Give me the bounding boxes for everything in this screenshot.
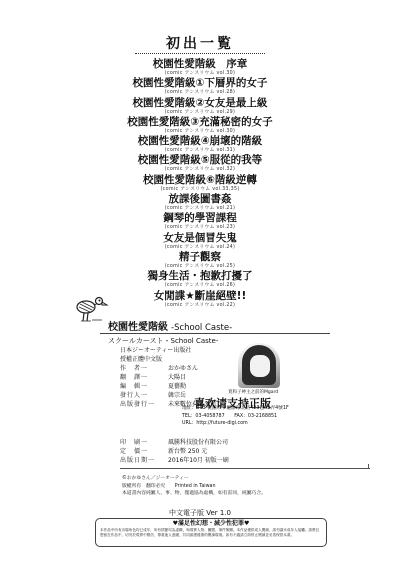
print-row: 定 價一新台幣 250 元 <box>120 447 229 456</box>
toc-item-title: 校園性愛階級 序章 <box>0 58 400 70</box>
publisher-contact: 地址：333 桃園市中壢區環北路423巷42弄4號1F TEL：03-40587… <box>182 405 289 428</box>
toc-item-title: 校園性愛階級④崩壞的階級 <box>0 135 400 147</box>
toc-item: 精子觀察(comic アンスリウム vol.25) <box>0 251 400 270</box>
colophon-divider-tick <box>368 464 369 468</box>
toc-item-title: 放課後圖書姦 <box>0 193 400 205</box>
rights-line: 版權所有 翻印必究 Printed in Taiwan <box>122 483 266 491</box>
version-label: 中文電子版 Ver 1.0 <box>0 508 400 518</box>
notice-box: ♥滿足性幻想・減少性犯罪♥ 本作品中所有出場角色均已成年，所有情節均為虛構，與現… <box>95 518 327 547</box>
toc-item: 放課後圖書姦(comic アンスリウム vol.21) <box>0 193 400 212</box>
toc-item: 校園性愛階級③充滿秘密的女子(comic アンスリウム vol.30) <box>0 116 400 135</box>
toc-item-source: (comic アンスリウム vol.33,35) <box>0 186 400 193</box>
toc-item: 校園性愛階級①下層界的女子(comic アンスリウム vol.28) <box>0 77 400 96</box>
print-row: 印 刷一風騰科技股份有限公司 <box>120 438 229 447</box>
toc-item-title: 校園性愛階級③充滿秘密的女子 <box>0 116 400 128</box>
toc-item-source: (comic アンスリウム vol.23) <box>0 224 400 231</box>
copyright-block: ©おかゆさん／ジーオーティー 版權所有 翻印必究 Printed in Taiw… <box>122 475 266 498</box>
print-value: 新台幣 250 元 <box>168 447 207 456</box>
book-title-en: -School Caste- <box>171 323 232 333</box>
credit-key: 發行人一 <box>120 391 168 400</box>
character-portrait <box>238 343 280 388</box>
notice-body: 本作品中所有出場角色均已成年，所有情節均為虛構，與現實人物、團體、事件無關。本作… <box>96 528 326 544</box>
print-key: 定 價一 <box>120 447 168 456</box>
book-title-zh: 校園性愛階級 <box>108 322 168 333</box>
toc-item: 校園性愛階級④崩壞的階級(comic アンスリウム vol.31) <box>0 135 400 154</box>
toc-item-title: 校園性愛階級⑥階級逆轉 <box>0 174 400 186</box>
credit-key: 出版發行一 <box>120 400 168 409</box>
url-line: URL：http://future-digi.com <box>182 420 289 428</box>
title-divider <box>100 333 330 334</box>
toc-item: 校園性愛階級⑥階級逆轉(comic アンスリウム vol.33,35) <box>0 174 400 193</box>
credit-value: 韓宗岳 <box>168 391 186 400</box>
credit-key: 翻 譯一 <box>120 373 168 382</box>
print-value: 風騰科技股份有限公司 <box>168 438 228 447</box>
toc-item-title: 獨身生活・抱歉打擾了 <box>0 270 400 282</box>
credit-value: 大陽目 <box>168 373 186 382</box>
toc-item-title: 校園性愛階級②女友是最上級 <box>0 97 400 109</box>
toc-item-source: (comic アンスリウム vol.24) <box>0 244 400 251</box>
print-key: 出版日期一 <box>120 456 168 465</box>
toc-item: 校園性愛階級 序章(comic アンスリウム vol.30) <box>0 58 400 77</box>
publisher-info: 日本ジーオーティー出版社 授權正體中文版 <box>120 347 191 364</box>
toc-item-source: (comic アンスリウム vol.22) <box>0 302 400 309</box>
disclaimer-line: 本道書內容純屬人、事、物，僅適協為虛構，如有雷同，純屬巧合。 <box>122 490 266 498</box>
toc-item-source: (comic アンスリウム vol.26) <box>0 282 400 289</box>
toc-item-title: 校園性愛階級①下層界的女子 <box>0 77 400 89</box>
toc-item-title: 女閒諜★斷崖絕壁!! <box>0 290 400 302</box>
credit-row: 編 輯一夏藝勳 <box>120 382 216 391</box>
credit-value: おかゆさん <box>168 364 198 373</box>
print-row: 出版日期一2016年10月 初版一刷 <box>120 456 229 465</box>
print-value: 2016年10月 初版一刷 <box>168 456 229 465</box>
dotted-divider <box>135 53 265 54</box>
credit-key: 編 輯一 <box>120 382 168 391</box>
print-key: 印 刷一 <box>120 438 168 447</box>
publisher-line: 授權正體中文版 <box>120 356 191 365</box>
bird-mascot-icon <box>72 295 112 325</box>
toc-item-title: 校園性愛階級⑤服從的我等 <box>0 154 400 166</box>
toc-item: 鋼琴的學習課程(comic アンスリウム vol.23) <box>0 212 400 231</box>
notice-title: ♥滿足性幻想・減少性犯罪♥ <box>96 520 326 528</box>
credit-row: 翻 譯一大陽目 <box>120 373 216 382</box>
toc-item: 女閒諜★斷崖絕壁!!(comic アンスリウム vol.22) <box>0 290 400 309</box>
toc-item-source: (comic アンスリウム vol.28) <box>0 89 400 96</box>
phone-fax-line: TEL：03-4058787 FAX：03-2168851 <box>182 413 289 421</box>
toc-item: 校園性愛階級⑤服從的我等(comic アンスリウム vol.32) <box>0 154 400 173</box>
toc-item: 獨身生活・抱歉打擾了(comic アンスリウム vol.26) <box>0 270 400 289</box>
toc-item-title: 精子觀察 <box>0 251 400 263</box>
toc-item-source: (comic アンスリウム vol.32) <box>0 166 400 173</box>
publisher-line: 日本ジーオーティー出版社 <box>120 347 191 356</box>
print-info: 印 刷一風騰科技股份有限公司 定 價一新台幣 250 元 出版日期一2016年1… <box>120 438 229 465</box>
address-line: 地址：333 桃園市中壢區環北路423巷42弄4號1F <box>182 405 289 413</box>
toc-title: 初出一覧 <box>0 33 400 53</box>
credit-value: 夏藝勳 <box>168 382 186 391</box>
portrait-face <box>250 355 270 377</box>
toc-item-title: 女友是個冒失鬼 <box>0 232 400 244</box>
colophon-divider <box>120 468 370 469</box>
copyright-line: ©おかゆさん／ジーオーティー <box>122 475 266 483</box>
book-title: 校園性愛階級-School Caste- <box>108 318 232 333</box>
toc-item: 女友是個冒失鬼(comic アンスリウム vol.24) <box>0 232 400 251</box>
credit-key: 作 者一 <box>120 364 168 373</box>
toc-item-source: (comic アンスリウム vol.29) <box>0 109 400 116</box>
toc-item: 校園性愛階級②女友是最上級(comic アンスリウム vol.29) <box>0 97 400 116</box>
toc-item-title: 鋼琴的學習課程 <box>0 212 400 224</box>
credit-row: 作 者一おかゆさん <box>120 364 216 373</box>
jp-subtitle: スクールカースト・School Caste- <box>108 336 218 346</box>
toc-list: 校園性愛階級 序章(comic アンスリウム vol.30) 校園性愛階級①下層… <box>0 58 400 309</box>
